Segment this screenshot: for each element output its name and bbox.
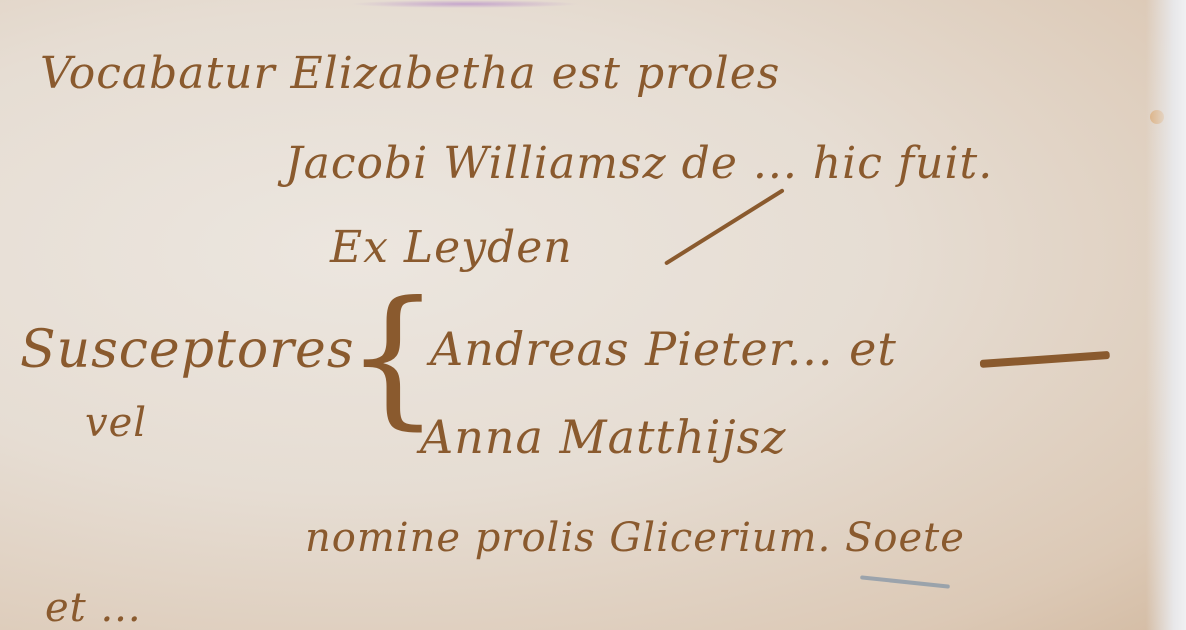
handwriting-godmother: Anna Matthijsz <box>420 410 786 464</box>
handwriting-line-1: Vocabatur Elizabetha est proles <box>40 48 780 99</box>
purple-stamp-mark <box>350 0 580 8</box>
handwriting-susceptores: Susceptores <box>20 320 355 380</box>
handwriting-line-3: Ex Leyden <box>330 222 573 273</box>
handwriting-line-nomine: nomine prolis Glicerium. Soete <box>305 515 965 561</box>
pen-flourish <box>664 188 785 266</box>
blue-pencil-mark <box>860 575 950 588</box>
handwriting-vel: vel <box>85 400 147 446</box>
handwriting-line-2: Jacobi Williamsz de ... hic fuit. <box>285 138 993 189</box>
pen-flourish-2 <box>980 351 1110 368</box>
handwriting-line-cutoff: et ... <box>45 585 142 630</box>
manuscript-page: Vocabatur Elizabetha est proles Jacobi W… <box>0 0 1186 630</box>
handwriting-godfather: Andreas Pieter... et <box>430 322 897 376</box>
page-edge <box>1146 0 1186 630</box>
